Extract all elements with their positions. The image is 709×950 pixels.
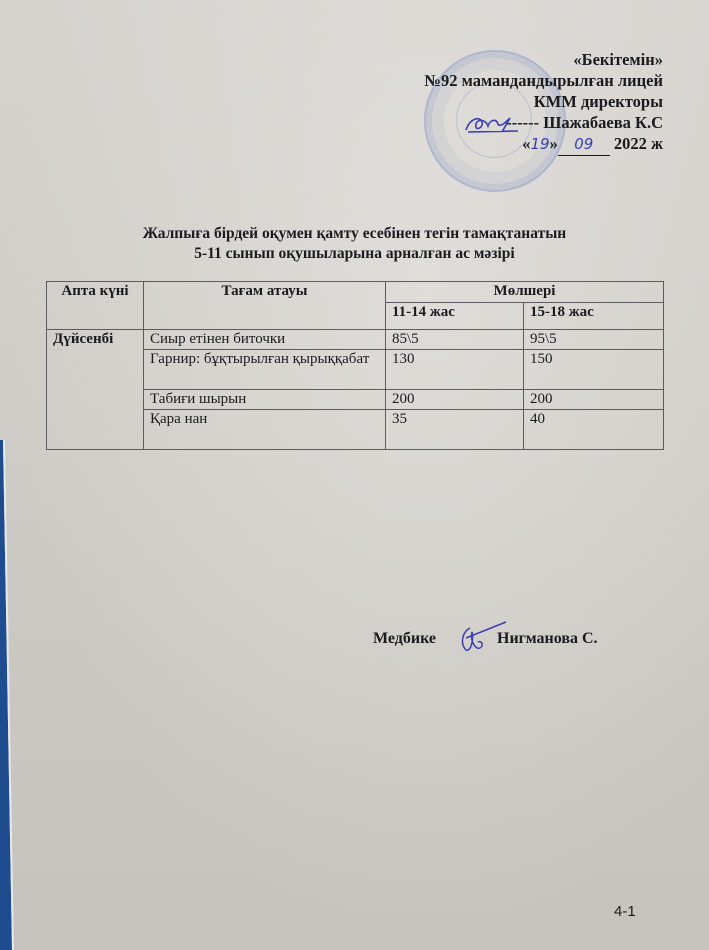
approval-signatory: ------ Шажабаева К.С [424, 112, 663, 133]
dish-cell: Гарнир: бұқтырылған қырыққабат [144, 350, 386, 390]
date-day: 19 [530, 135, 549, 153]
page-number: 4-1 [614, 903, 636, 920]
approval-heading: «Бекітемін» [424, 49, 663, 70]
dish-cell: Сиыр етінен биточки [144, 330, 386, 350]
portion-cell-age2: 200 [524, 390, 664, 410]
portion-cell-age2: 40 [524, 410, 664, 450]
portion-cell-age1: 130 [386, 350, 524, 390]
portion-cell-age2: 150 [524, 350, 664, 390]
approval-school: №92 мамандандырылған лицей [424, 70, 663, 91]
date-month-line: 09 [558, 133, 610, 156]
portion-cell-age1: 200 [386, 390, 524, 410]
header-dish: Тағам атауы [144, 282, 386, 330]
title-line-2: 5-11 сынып оқушыларына арналған ас мәзір… [0, 244, 709, 264]
approval-position: КММ директоры [424, 91, 663, 112]
header-portion: Мөлшері [386, 282, 664, 303]
portion-cell-age1: 85\5 [386, 330, 524, 350]
director-signature-icon [462, 112, 522, 136]
header-age-11-14: 11-14 жас [386, 303, 524, 330]
day-cell: Дүйсенбі [47, 330, 144, 450]
nurse-signature-icon [452, 618, 508, 654]
document-title: Жалпыға бірдей оқумен қамту есебінен тег… [0, 224, 709, 264]
approval-date: «19»09 2022 ж [424, 133, 663, 156]
director-name: Шажабаева К.С [539, 113, 663, 132]
nurse-signature-block: Медбике Нигманова С. [373, 630, 436, 648]
header-age-15-18: 15-18 жас [524, 303, 664, 330]
date-year: 2022 ж [610, 134, 663, 153]
dish-cell: Қара нан [144, 410, 386, 450]
date-month: 09 [574, 135, 593, 153]
header-day: Апта күні [47, 282, 144, 330]
nurse-role: Медбике [373, 630, 436, 647]
portion-cell-age1: 35 [386, 410, 524, 450]
dish-cell: Табиғи шырын [144, 390, 386, 410]
approval-block: «Бекітемін» №92 мамандандырылған лицей К… [424, 49, 663, 156]
portion-cell-age2: 95\5 [524, 330, 664, 350]
menu-table: Апта күні Тағам атауы Мөлшері 11-14 жас … [46, 281, 664, 450]
table-row: Дүйсенбі Сиыр етінен биточки 85\5 95\5 [47, 330, 664, 350]
title-line-1: Жалпыға бірдей оқумен қамту есебінен тег… [0, 224, 709, 244]
nurse-name: Нигманова С. [497, 630, 598, 648]
